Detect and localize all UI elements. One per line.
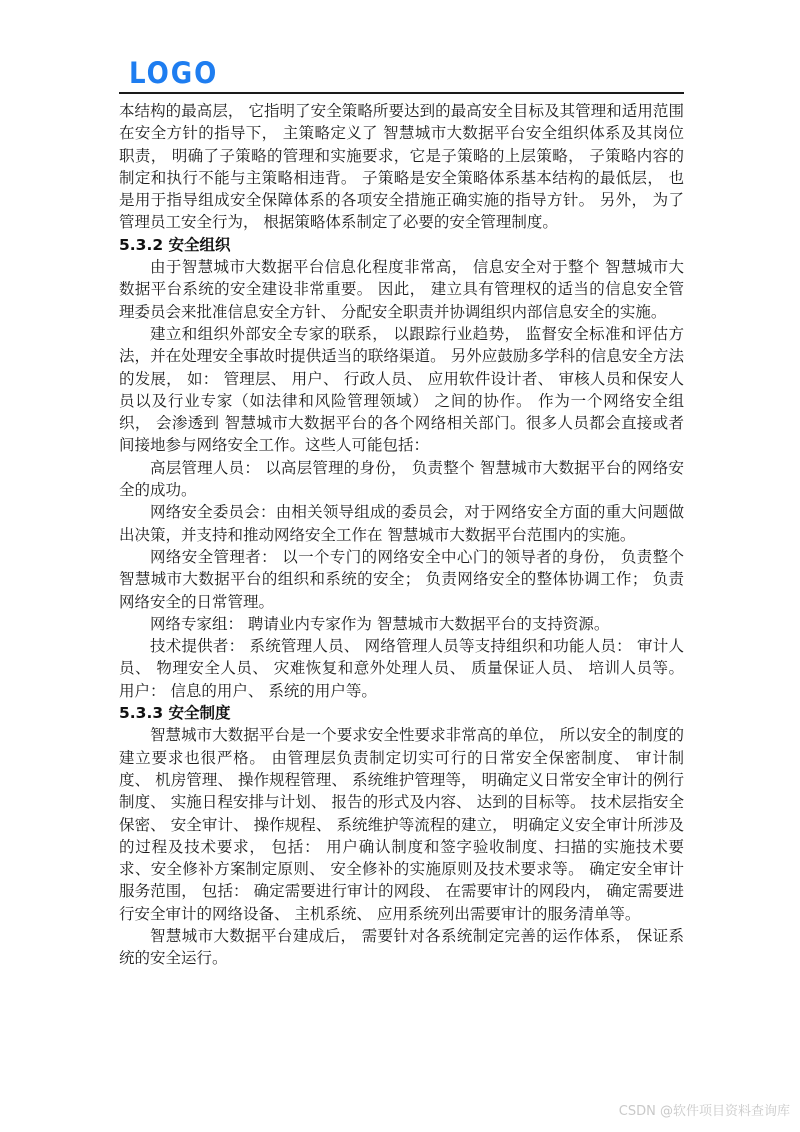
heading-5-3-3: 5.3.3 安全制度: [119, 702, 684, 724]
page-header: LOGO: [119, 58, 684, 94]
document-body: 本结构的最高层， 它指明了安全策略所要达到的最高安全目标及其管理和适用范围在安全…: [119, 100, 684, 970]
paragraph: 网络安全委员会：由相关领导组成的委员会，对于网络安全方面的重大问题做出决策，并支…: [119, 501, 684, 546]
paragraph: 智慧城市大数据平台建成后， 需要针对各系统制定完善的运作体系， 保证系统的安全运…: [119, 925, 684, 970]
csdn-watermark: CSDN @软件项目资料查询库: [619, 1104, 790, 1119]
heading-5-3-2: 5.3.2 安全组织: [119, 234, 684, 256]
company-logo: LOGO: [129, 58, 218, 88]
paragraph: 技术提供者： 系统管理人员、 网络管理人员等支持组织和功能人员： 审计人员、 物…: [119, 635, 684, 702]
paragraph: 建立和组织外部安全专家的联系， 以跟踪行业趋势， 监督安全标准和评估方法，并在处…: [119, 323, 684, 457]
paragraph: 本结构的最高层， 它指明了安全策略所要达到的最高安全目标及其管理和适用范围在安全…: [119, 100, 684, 234]
paragraph: 高层管理人员： 以高层管理的身份， 负责整个 智慧城市大数据平台的网络安全的成功…: [119, 457, 684, 502]
paragraph: 网络专家组： 聘请业内专家作为 智慧城市大数据平台的支持资源。: [119, 613, 684, 635]
paragraph: 网络安全管理者： 以一个专门的网络安全中心门的领导者的身份， 负责整个智慧城市大…: [119, 546, 684, 613]
paragraph: 智慧城市大数据平台是一个要求安全性要求非常高的单位， 所以安全的制度的建立要求也…: [119, 724, 684, 925]
paragraph: 由于智慧城市大数据平台信息化程度非常高， 信息安全对于整个 智慧城市大数据平台系…: [119, 256, 684, 323]
